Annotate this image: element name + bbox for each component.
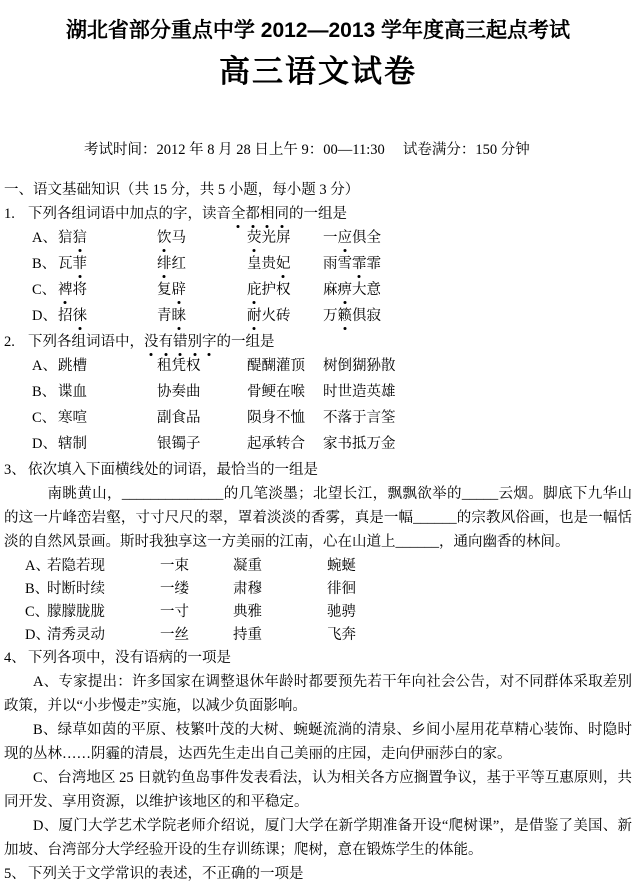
option-word: 寒喧 xyxy=(58,406,157,430)
question-1-option-c: C、 裨将 复辟 庇护权 麻痹大意 xyxy=(4,278,632,304)
option-word: 租凭权 xyxy=(157,354,247,378)
option-word: 万籁俱寂 xyxy=(323,304,632,328)
question-3: 3、 依次填入下面横线处的词语，最恰当的一组是 南眺黄山，___________… xyxy=(4,458,632,646)
option-label: C、 xyxy=(33,770,57,786)
option-label: A、 xyxy=(32,354,58,378)
option-word: 凝重 xyxy=(233,554,327,578)
option-word: 一丝 xyxy=(160,623,233,647)
option-label: C、 xyxy=(32,278,58,302)
option-word: 若隐若现 xyxy=(47,554,160,578)
option-word: 飞奔 xyxy=(327,623,632,647)
option-text: 绿草如茵的平原、枝繁叶茂的大树、蜿蜒流淌的清泉、乡间小屋用花草精心装饰、时隐时现… xyxy=(4,722,632,762)
question-2-stem: 下列各组词语中，没有错别字的一组是 xyxy=(28,330,632,354)
option-word: 协奏曲 xyxy=(157,380,247,404)
question-4-option-c: C、台湾地区 25 日就钓鱼岛事件发表看法，认为相关各方应搁置争议，基于平等互惠… xyxy=(4,766,632,814)
option-word: 耐火砖 xyxy=(247,304,323,328)
question-1-option-d: D、 招徕 青睐 耐火砖 万籁俱寂 xyxy=(4,304,632,330)
question-4: 4、 下列各项中，没有语病的一项是 A、专家提出：许多国家在调整退休年龄时都要预… xyxy=(4,646,632,862)
option-word: 复辟 xyxy=(157,278,247,302)
option-word: 麻痹大意 xyxy=(323,278,632,302)
option-word: 荧光屏 xyxy=(247,226,323,250)
option-label: D、 xyxy=(33,818,58,834)
question-3-number: 3、 xyxy=(4,458,28,482)
option-word: 庇护权 xyxy=(247,278,323,302)
question-3-stem: 依次填入下面横线处的词语，最恰当的一组是 xyxy=(28,458,632,482)
option-word: 副食品 xyxy=(157,406,247,430)
option-word: 起承转合 xyxy=(247,432,323,456)
option-word: 银镯子 xyxy=(157,432,247,456)
option-word: 时世造英雄 xyxy=(323,380,632,404)
question-3-passage: 南眺黄山，______________的几笔淡墨；北望长江，飘飘欲举的_____… xyxy=(4,482,632,554)
question-2-option-b: B、 谍血 协奏曲 骨鲠在喉 时世造英雄 xyxy=(4,380,632,406)
option-word: 陨身不恤 xyxy=(247,406,323,430)
option-word: 肃穆 xyxy=(233,577,327,601)
question-4-option-b: B、绿草如茵的平原、枝繁叶茂的大树、蜿蜒流淌的清泉、乡间小屋用花草精心装饰、时隐… xyxy=(4,718,632,766)
option-word: 一缕 xyxy=(160,577,233,601)
option-word: 清秀灵动 xyxy=(47,623,160,647)
option-word: 一应俱全 xyxy=(323,226,632,250)
option-word: 朦朦胧胧 xyxy=(47,600,160,624)
option-word: 雨雪霏霏 xyxy=(323,252,632,276)
question-3-option-b: B、 时断时续 一缕 肃穆 徘徊 xyxy=(4,577,632,600)
question-4-stem-row: 4、 下列各项中，没有语病的一项是 xyxy=(4,646,632,670)
option-label: B、 xyxy=(33,722,58,738)
question-4-option-a: A、专家提出：许多国家在调整退休年龄时都要预先若干年向社会公告，对不同群体采取差… xyxy=(4,670,632,718)
question-4-option-d: D、厦门大学艺术学院老师介绍说，厦门大学在新学期准备开设“爬树课”，是借鉴了美国… xyxy=(4,814,632,862)
option-label: A、 xyxy=(33,674,58,690)
question-4-number: 4、 xyxy=(4,646,28,670)
option-word: 不落于言筌 xyxy=(323,406,632,430)
question-1-stem: 下列各组词语中加点的字，读音全都相同的一组是 xyxy=(28,202,632,226)
question-2-stem-row: 2. 下列各组词语中，没有错别字的一组是 xyxy=(4,330,632,354)
option-text: 台湾地区 25 日就钓鱼岛事件发表看法，认为相关各方应搁置争议，基于平等互惠原则… xyxy=(4,770,632,810)
option-word: 裨将 xyxy=(58,278,157,302)
question-1-option-b: B、 瓦菲 绯红 皇贵妃 雨雪霏霏 xyxy=(4,252,632,278)
question-5: 5、 下列关于文学常识的表述，不正确的一项是 xyxy=(4,862,632,886)
option-word: 骨鲠在喉 xyxy=(247,380,323,404)
exam-page: 湖北省部分重点中学 2012—2013 学年度高三起点考试 高三语文试卷 考试时… xyxy=(0,0,637,886)
option-word: 跳槽 xyxy=(58,354,157,378)
question-3-option-d: D、 清秀灵动 一丝 持重 飞奔 xyxy=(4,623,632,646)
option-label: B、 xyxy=(32,380,58,404)
option-word: 持重 xyxy=(233,623,327,647)
option-label: C、 xyxy=(32,406,58,430)
question-1-option-a: A、 狺狺 饮马 荧光屏 一应俱全 xyxy=(4,226,632,252)
section-heading: 一、语文基础知识（共 15 分，共 5 小题，每小题 3 分） xyxy=(4,178,632,202)
question-1-number: 1. xyxy=(4,202,28,226)
option-word: 青睐 xyxy=(157,304,247,328)
option-word: 一寸 xyxy=(160,600,233,624)
question-1-stem-row: 1. 下列各组词语中加点的字，读音全都相同的一组是 xyxy=(4,202,632,226)
question-2: 2. 下列各组词语中，没有错别字的一组是 A、 跳槽 租凭权 醍醐灌顶 树倒猢狲… xyxy=(4,330,632,458)
option-label: B、 xyxy=(25,577,47,601)
option-word: 时断时续 xyxy=(47,577,160,601)
option-word: 家书抵万金 xyxy=(323,432,632,456)
exam-info-line: 考试时间：2012 年 8 月 28 日上午 9：00—11:30 试卷满分：1… xyxy=(84,138,632,162)
question-2-option-a: A、 跳槽 租凭权 醍醐灌顶 树倒猢狲散 xyxy=(4,354,632,380)
option-word: 辖制 xyxy=(58,432,157,456)
exam-title: 湖北省部分重点中学 2012—2013 学年度高三起点考试 xyxy=(4,18,632,44)
option-word: 绯红 xyxy=(157,252,247,276)
option-label: D、 xyxy=(32,304,58,328)
question-3-stem-row: 3、 依次填入下面横线处的词语，最恰当的一组是 xyxy=(4,458,632,482)
option-label: A、 xyxy=(25,554,47,578)
option-text: 厦门大学艺术学院老师介绍说，厦门大学在新学期准备开设“爬树课”，是借鉴了美国、新… xyxy=(4,818,632,858)
question-3-option-a: A、 若隐若现 一束 凝重 蜿蜒 xyxy=(4,554,632,577)
option-word: 瓦菲 xyxy=(58,252,157,276)
option-label: A、 xyxy=(32,226,58,250)
option-word: 树倒猢狲散 xyxy=(323,354,632,378)
option-word: 徘徊 xyxy=(327,577,632,601)
option-word: 谍血 xyxy=(58,380,157,404)
option-text: 专家提出：许多国家在调整退休年龄时都要预先若干年向社会公告，对不同群体采取差别政… xyxy=(4,674,632,714)
option-word: 饮马 xyxy=(157,226,247,250)
question-3-option-c: C、 朦朦胧胧 一寸 典雅 驰骋 xyxy=(4,600,632,623)
option-label: D、 xyxy=(32,432,58,456)
option-word: 驰骋 xyxy=(327,600,632,624)
question-4-stem: 下列各项中，没有语病的一项是 xyxy=(28,646,632,670)
option-word: 蜿蜒 xyxy=(327,554,632,578)
question-5-stem: 下列关于文学常识的表述，不正确的一项是 xyxy=(28,862,632,886)
option-word: 皇贵妃 xyxy=(247,252,323,276)
question-2-number: 2. xyxy=(4,330,28,354)
option-label: B、 xyxy=(32,252,58,276)
option-word: 醍醐灌顶 xyxy=(247,354,323,378)
paper-title: 高三语文试卷 xyxy=(4,54,632,90)
question-2-option-d: D、 辖制 银镯子 起承转合 家书抵万金 xyxy=(4,432,632,458)
option-label: C、 xyxy=(25,600,47,624)
option-word: 一束 xyxy=(160,554,233,578)
question-5-number: 5、 xyxy=(4,862,28,886)
question-2-option-c: C、 寒喧 副食品 陨身不恤 不落于言筌 xyxy=(4,406,632,432)
option-word: 典雅 xyxy=(233,600,327,624)
question-5-stem-row: 5、 下列关于文学常识的表述，不正确的一项是 xyxy=(4,862,632,886)
option-word: 招徕 xyxy=(58,304,157,328)
question-1: 1. 下列各组词语中加点的字，读音全都相同的一组是 A、 狺狺 饮马 荧光屏 一… xyxy=(4,202,632,330)
option-label: D、 xyxy=(25,623,47,647)
option-word: 狺狺 xyxy=(58,226,157,250)
